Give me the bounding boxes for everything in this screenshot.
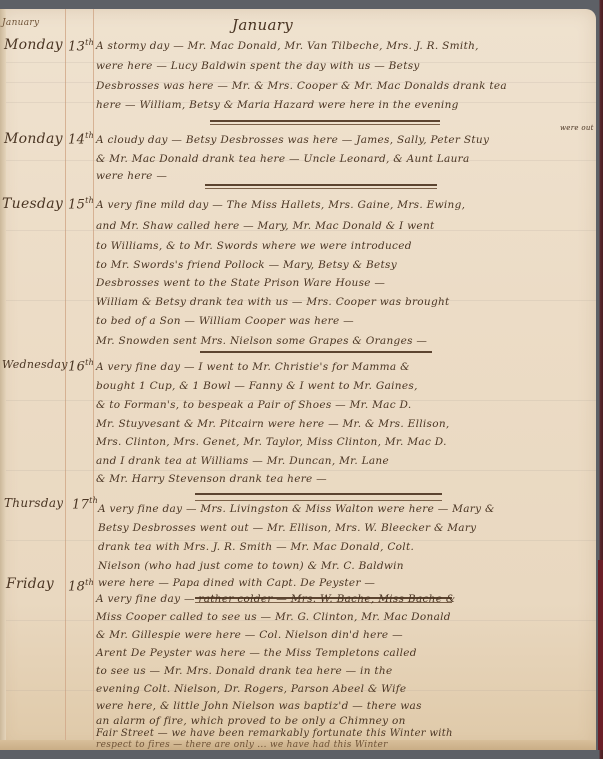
entry-line: to Williams, & to Mr. Swords where we we… <box>96 240 412 252</box>
entry-line: here — William, Betsy & Maria Hazard wer… <box>96 99 459 111</box>
entry-line: were here — Lucy Baldwin spent the day w… <box>96 60 420 72</box>
entry-line: A very fine mild day — The Miss Hallets,… <box>96 199 465 211</box>
entry-separator <box>205 184 437 186</box>
entry-weekday: Friday <box>6 576 54 592</box>
entry-line: bought 1 Cup, & 1 Bowl — Fanny & I went … <box>96 380 418 392</box>
entry-separator <box>205 188 437 189</box>
entry-separator <box>210 120 440 122</box>
ruled-line <box>6 470 596 471</box>
entry-separator <box>210 124 440 125</box>
entry-line: to see us — Mr. Mrs. Donald drank tea he… <box>96 665 393 677</box>
entry-separator <box>195 500 442 501</box>
entry-date: 16th <box>68 358 94 374</box>
entry-separator <box>195 493 442 495</box>
entry-date: 14th <box>68 131 94 147</box>
entry-date: 17th <box>72 496 98 512</box>
red-binding-cloth <box>598 560 603 750</box>
entry-line: were here, & little John Nielson was bap… <box>96 700 422 712</box>
entry-line: respect to fires — there are only ... we… <box>96 740 388 750</box>
entry-date: 13th <box>68 38 94 54</box>
entry-line: an alarm of fire, which proved to be onl… <box>96 715 406 727</box>
inserted-note: were out <box>560 124 594 132</box>
entry-line: Nielson (who had just come to town) & Mr… <box>98 560 404 572</box>
entry-weekday: Tuesday <box>2 196 63 212</box>
left-page-edge <box>0 9 6 750</box>
month-heading: January <box>232 16 293 34</box>
entry-line: A stormy day — Mr. Mac Donald, Mr. Van T… <box>96 40 479 52</box>
entry-line: Mrs. Clinton, Mrs. Genet, Mr. Taylor, Mi… <box>96 436 447 448</box>
entry-weekday: Thursday <box>4 496 63 510</box>
entry-line: to Mr. Swords's friend Pollock — Mary, B… <box>96 259 397 271</box>
entry-line: evening Colt. Nielson, Dr. Rogers, Parso… <box>96 683 406 695</box>
entry-weekday: Monday <box>4 37 63 53</box>
entry-line: were here — <box>96 170 167 182</box>
entry-line: William & Betsy drank tea with us — Mrs.… <box>96 296 450 308</box>
entry-line: & to Forman's, to bespeak a Pair of Shoe… <box>96 399 412 411</box>
entry-weekday: Monday <box>4 131 63 147</box>
left-page-month-fragment: January <box>2 18 39 28</box>
entry-line: & Mr. Mac Donald drank tea here — Uncle … <box>96 153 470 165</box>
entry-line: Fair Street — we have been remarkably fo… <box>96 728 453 739</box>
entry-line: Arent De Peyster was here — the Miss Tem… <box>96 647 417 659</box>
entry-line: Miss Cooper called to see us — Mr. G. Cl… <box>96 611 451 623</box>
entry-line: and I drank tea at Williams — Mr. Duncan… <box>96 455 389 467</box>
entry-line: A very fine day — rather colder — Mrs. W… <box>96 593 456 605</box>
entry-line: to bed of a Son — William Cooper was her… <box>96 315 354 327</box>
entry-separator <box>200 351 432 353</box>
margin-rule-2 <box>93 9 94 750</box>
margin-rule-1 <box>65 9 66 750</box>
entry-line: and Mr. Shaw called here — Mary, Mr. Mac… <box>96 220 435 232</box>
entry-line: & Mr. Gillespie were here — Col. Nielson… <box>96 629 403 641</box>
entry-line: A very fine day — Mrs. Livingston & Miss… <box>98 503 495 515</box>
entry-date: 18th <box>68 578 94 594</box>
entry-line: & Mr. Harry Stevenson drank tea here — <box>96 473 327 485</box>
entry-line: Desbrosses went to the State Prison Ware… <box>96 277 385 289</box>
entry-weekday: Wednesday <box>2 358 68 371</box>
entry-line: drank tea with Mrs. J. R. Smith — Mr. Ma… <box>98 541 414 553</box>
entry-line: Mr. Stuyvesant & Mr. Pitcairn were here … <box>96 418 450 430</box>
entry-line: were here — Papa dined with Capt. De Pey… <box>98 577 375 589</box>
entry-line: A cloudy day — Betsy Desbrosses was here… <box>96 134 489 146</box>
entry-line: Betsy Desbrosses went out — Mr. Ellison,… <box>98 522 476 534</box>
entry-date: 15th <box>68 196 94 212</box>
entry-line: Desbrosses was here — Mr. & Mrs. Cooper … <box>96 80 507 92</box>
entry-line: Mr. Snowden sent Mrs. Nielson some Grape… <box>96 335 427 347</box>
entry-line: A very fine day — I went to Mr. Christie… <box>96 361 410 373</box>
